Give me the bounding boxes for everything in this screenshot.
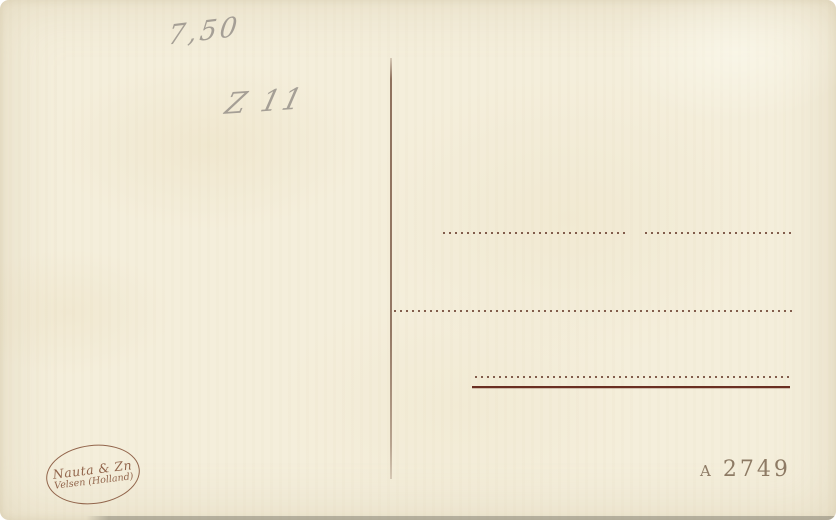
handwritten-price: 7,50	[166, 11, 241, 52]
paper-texture	[0, 0, 836, 520]
serial-number: A 2749	[700, 457, 791, 482]
divider-line	[390, 58, 392, 479]
serial-digits: 2749	[723, 457, 791, 482]
address-line-1-continued	[645, 232, 792, 234]
handwritten-note: Z 11	[222, 81, 309, 121]
address-line-underline	[472, 386, 790, 388]
bottom-edge-shadow	[86, 516, 836, 520]
serial-prefix: A	[700, 462, 712, 480]
address-line-1	[443, 232, 628, 234]
address-line-2	[394, 310, 794, 312]
publisher-stamp: Nauta & Zn Velsen (Holland)	[43, 439, 143, 509]
address-line-3	[475, 376, 789, 378]
postcard-back: 7,50 Z 11 Nauta & Zn Velsen (Holland) A …	[0, 0, 836, 520]
